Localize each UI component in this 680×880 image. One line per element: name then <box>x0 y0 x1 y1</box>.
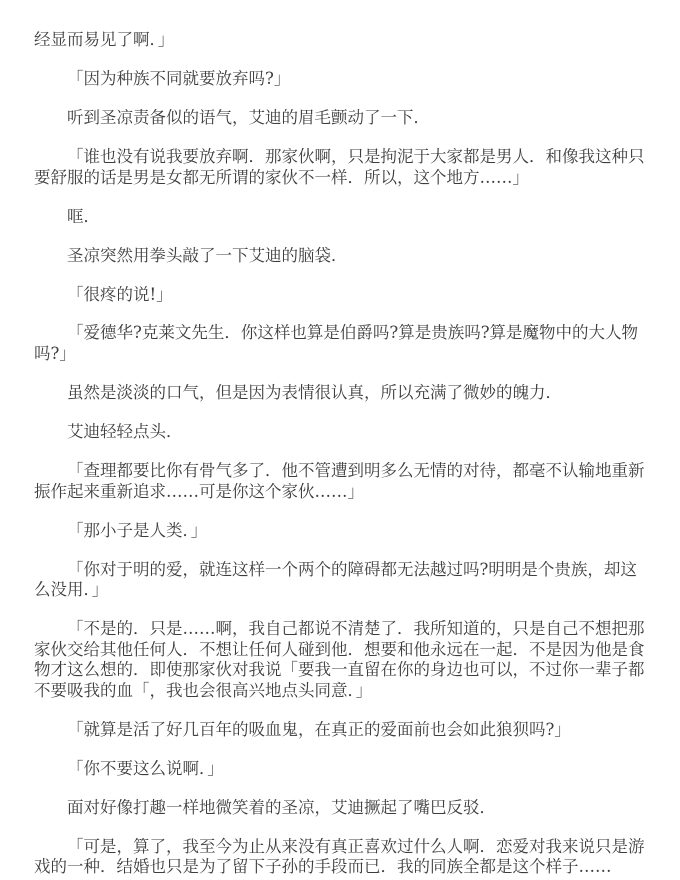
paragraph-dialogue: 「爱德华?克莱文先生．你这样也算是伯爵吗?算是贵族吗?算是魔物中的大人物吗?」 <box>34 323 647 364</box>
paragraph-dialogue: 「因为种族不同就要放弃吗?」 <box>34 69 647 90</box>
paragraph-dialogue: 「那小子是人类．」 <box>34 521 647 542</box>
paragraph-narration: 面对好像打趣一样地微笑着的圣凉，艾迪撅起了嘴巴反驳． <box>34 798 647 819</box>
paragraph-dialogue: 「查理都要比你有骨气多了．他不管遭到明多么无情的对待，都毫不认输地重新振作起来重… <box>34 461 647 502</box>
novel-page: 经显而易见了啊．」 「因为种族不同就要放弃吗?」 听到圣凉责备似的语气，艾迪的眉… <box>0 0 680 880</box>
paragraph-dialogue: 「你对于明的爱，就连这样一个两个的障碍都无法越过吗?明明是个贵族，却这么没用．」 <box>34 560 647 601</box>
paragraph-narration: 圣凉突然用拳头敲了一下艾迪的脑袋． <box>34 246 647 267</box>
paragraph-dialogue: 「你不要这么说啊．」 <box>34 759 647 780</box>
paragraph-sound-effect: 哐． <box>34 207 647 228</box>
paragraph-dialogue: 「就算是活了好几百年的吸血鬼，在真正的爱面前也会如此狼狈吗?」 <box>34 720 647 741</box>
paragraph-dialogue: 「很疼的说!」 <box>34 285 647 306</box>
paragraph-narration: 听到圣凉责备似的语气，艾迪的眉毛颤动了一下． <box>34 108 647 129</box>
paragraph-narration: 艾迪轻轻点头． <box>34 422 647 443</box>
paragraph-continuation: 经显而易见了啊．」 <box>34 30 647 51</box>
paragraph-narration: 虽然是淡淡的口气，但是因为表情很认真，所以充满了微妙的魄力． <box>34 383 647 404</box>
paragraph-dialogue: 「可是，算了，我至今为止从来没有真正喜欢过什么人啊．恋爱对我来说只是游戏的一种．… <box>34 837 647 878</box>
paragraph-dialogue: 「不是的．只是……啊，我自己都说不清楚了．我所知道的，只是自己不想把那家伙交给其… <box>34 619 647 701</box>
paragraph-dialogue: 「谁也没有说我要放弃啊．那家伙啊，只是拘泥于大家都是男人．和像我这种只要舒服的话… <box>34 147 647 188</box>
